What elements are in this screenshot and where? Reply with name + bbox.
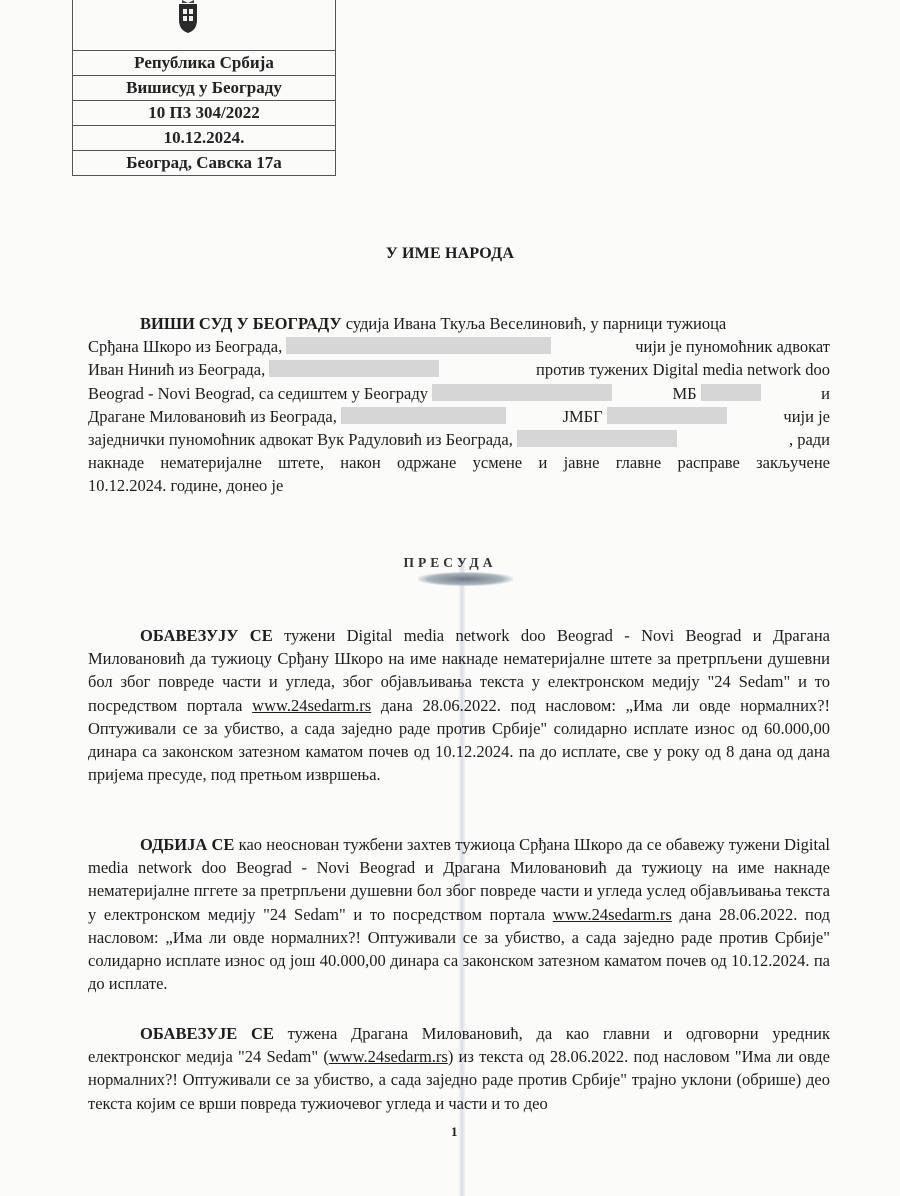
- intro-text: Beograd - Novi Beograd, са седиштем у Бе…: [88, 384, 428, 403]
- header-date: 10.12.2024.: [73, 126, 335, 151]
- verdict-heading: ПРЕСУДА: [0, 555, 900, 571]
- intro-text: 10.12.2024. године, донео је: [88, 474, 830, 497]
- mb-label: МБ: [672, 384, 696, 403]
- header-address: Београд, Савска 17а: [73, 151, 335, 175]
- redacted-block: [269, 360, 439, 377]
- intro-text: против тужених Digital media network doo: [536, 358, 830, 381]
- intro-text: Иван Нинић из Београда,: [88, 360, 265, 379]
- header-case-number: 10 П3 304/2022: [73, 101, 335, 126]
- portal-link[interactable]: www.24sedarm.rs: [252, 696, 371, 715]
- header-country: Република Србија: [73, 51, 335, 76]
- ink-smudge: [418, 572, 513, 586]
- verdict-2-lead: ОДБИЈА СЕ: [140, 835, 234, 854]
- court-header-box: Република Србија Вишисуд у Београду 10 П…: [72, 0, 336, 176]
- header-court: Вишисуд у Београду: [73, 76, 335, 101]
- intro-text: накнаде нематеријалне штете, након одржа…: [88, 451, 830, 474]
- intro-paragraph: ВИШИ СУД У БЕОГРАДУ судија Ивана Ткуља В…: [88, 312, 830, 498]
- redacted-block: [432, 384, 612, 401]
- serbian-coat-of-arms-icon: [177, 0, 199, 34]
- redacted-block: [286, 337, 551, 354]
- page-number: 1: [451, 1124, 458, 1140]
- verdict-paragraph-3: ОБАВЕЗУЈЕ СЕ тужена Драгана Миловановић,…: [88, 1022, 830, 1115]
- intro-text: Драгане Миловановић из Београда,: [88, 407, 337, 426]
- verdict-3-lead: ОБАВЕЗУЈЕ СЕ: [140, 1024, 274, 1043]
- court-name: ВИШИ СУД У БЕОГРАДУ: [140, 314, 342, 333]
- crest-row: [73, 0, 335, 51]
- intro-text: чији је пуномоћник адвокат: [635, 335, 830, 358]
- intro-text: чији је: [783, 405, 830, 428]
- verdict-1-lead: ОБАВЕЗУЈУ СЕ: [140, 626, 273, 645]
- redacted-block: [607, 407, 727, 424]
- redacted-block: [701, 384, 761, 401]
- verdict-paragraph-2: ОДБИЈА СЕ као неоснован тужбени захтев т…: [88, 833, 830, 995]
- jmbg-label: ЈМБГ: [563, 407, 603, 426]
- document-page: Република Србија Вишисуд у Београду 10 П…: [0, 0, 900, 1196]
- intro-text: , ради: [789, 428, 830, 451]
- intro-text: Срђана Шкоро из Београда,: [88, 337, 282, 356]
- portal-link[interactable]: www.24sedarm.rs: [329, 1047, 448, 1066]
- portal-link[interactable]: www.24sedarm.rs: [553, 905, 672, 924]
- redacted-block: [341, 407, 506, 424]
- verdict-paragraph-1: ОБАВЕЗУЈУ СЕ тужени Digital media networ…: [88, 624, 830, 786]
- intro-text: и: [821, 382, 830, 405]
- redacted-block: [517, 430, 677, 447]
- intro-text: заједнички пуномоћник адвокат Вук Радуло…: [88, 430, 513, 449]
- intro-text: судија Ивана Ткуља Веселиновић, у парниц…: [346, 314, 727, 333]
- document-title: У ИМЕ НАРОДА: [0, 245, 900, 263]
